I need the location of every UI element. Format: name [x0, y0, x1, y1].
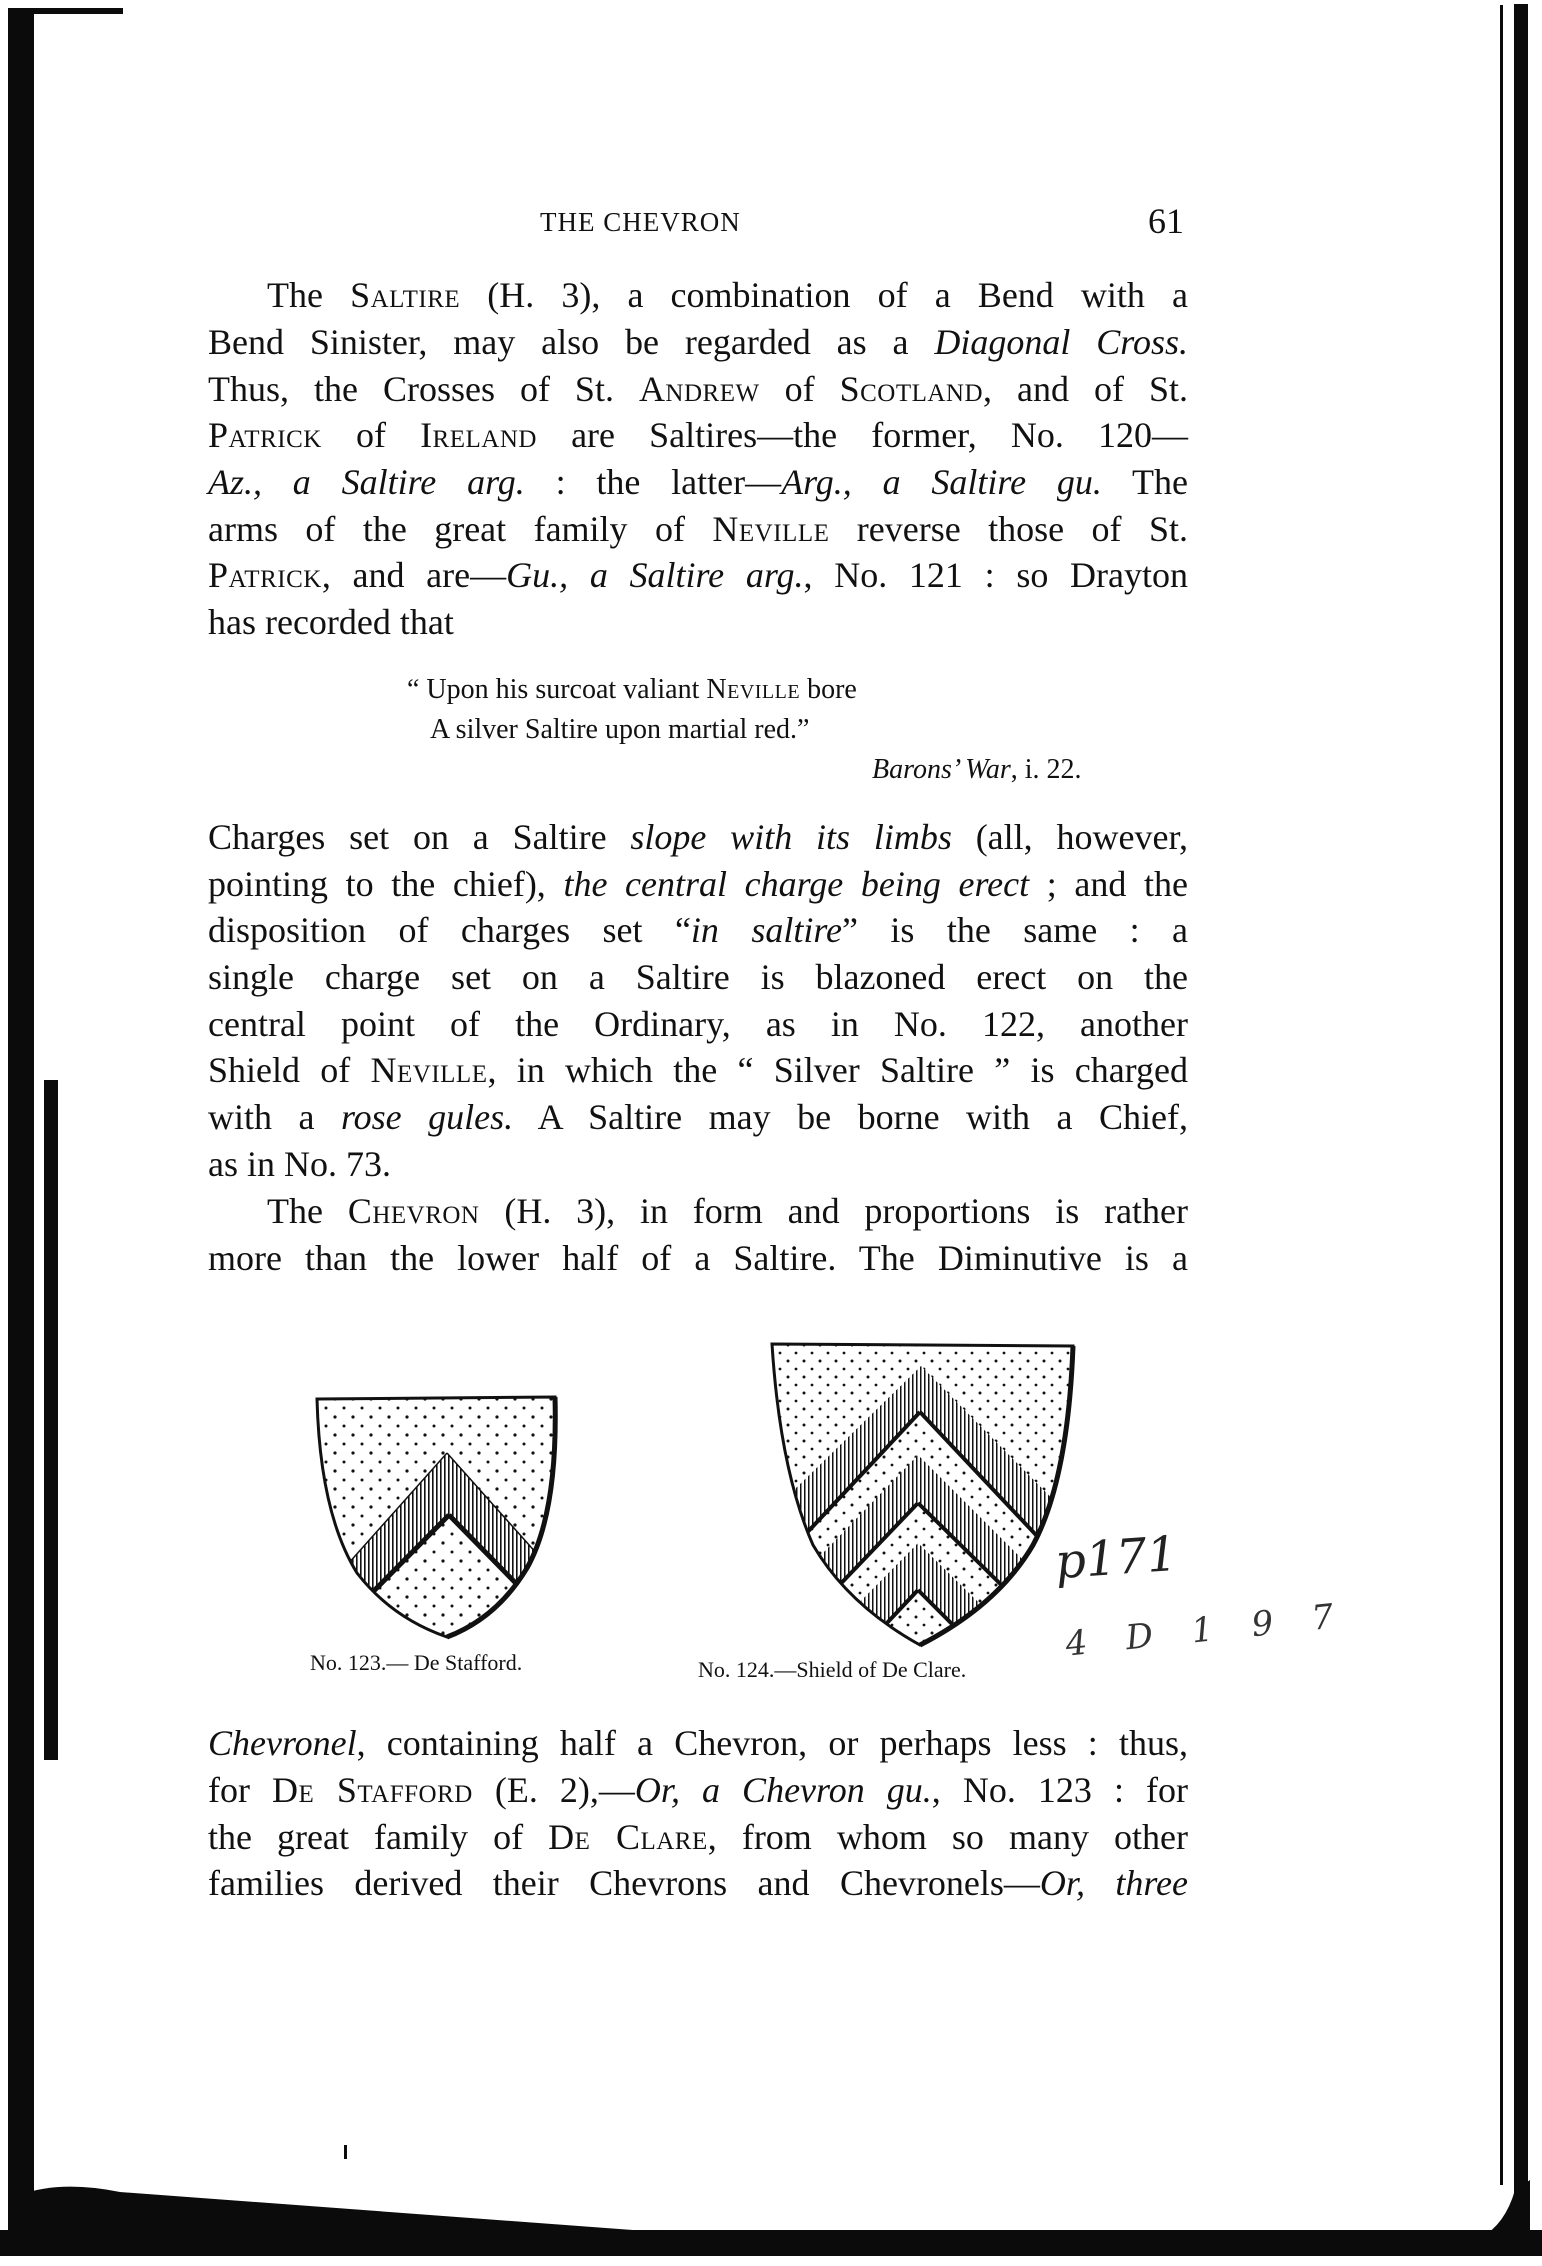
italic-text: Gu., a Saltire arg. [506, 555, 803, 595]
text-line: for De Stafford (E. 2),—Or, a Chevron gu… [208, 1767, 1188, 1813]
text: more than the lower half of a Saltire. T… [208, 1238, 1188, 1278]
text: “ Upon his surcoat valiant [407, 674, 706, 705]
text-line: The Saltire (H. 3), a combination of a B… [267, 272, 1188, 318]
text-line: has recorded that [208, 599, 1188, 645]
small-caps-text: Patrick [208, 555, 322, 595]
bottom-left-curl [0, 2180, 1542, 2240]
text-line: Charges set on a Saltire slope with its … [208, 814, 1188, 860]
running-title: THE CHEVRON [540, 207, 741, 238]
text-line: with a rose gules. A Saltire may be born… [208, 1094, 1188, 1140]
small-caps-text: Patrick [208, 415, 322, 455]
text: disposition of charges set “ [208, 910, 691, 950]
small-caps-text: Saltire [350, 275, 460, 315]
left-binding-edge-inner [44, 1080, 58, 1760]
text: The [267, 1191, 348, 1231]
italic-text: Chevronel [208, 1723, 357, 1763]
text: pointing to the chief), [208, 864, 563, 904]
text: are Saltires—the former, No. 120— [537, 415, 1188, 455]
text: , and of St. [983, 369, 1188, 409]
text-line: Chevronel, containing half a Chevron, or… [208, 1720, 1188, 1766]
text: , containing half a Chevron, or perhaps … [357, 1723, 1188, 1763]
quote-attribution: Barons’ War, i. 22. [872, 750, 1082, 790]
text-line: as in No. 73. [208, 1141, 1188, 1187]
text: (H. 3), a combination of a Bend with a [460, 275, 1188, 315]
text: bore [800, 674, 857, 705]
italic-text: Or, three [1040, 1863, 1188, 1903]
text: The [267, 275, 350, 315]
text-line: single charge set on a Saltire is blazon… [208, 954, 1188, 1000]
italic-text: the central charge being erect [563, 864, 1029, 904]
handwritten-annotation: 4 D 1 9 7 [1064, 1595, 1350, 1664]
small-caps-text: Neville [706, 674, 800, 705]
text: Shield of [208, 1050, 371, 1090]
small-caps-text: De Stafford [272, 1770, 473, 1810]
shield-de-clare-illustration [768, 1340, 1078, 1650]
small-caps-text: Neville [712, 509, 829, 549]
page-number: 61 [1148, 200, 1184, 242]
italic-text: Barons’ War [872, 754, 1011, 785]
small-caps-text: De Clare [548, 1817, 708, 1857]
small-caps-text: Andrew [639, 369, 760, 409]
text: ” is the same : a [842, 910, 1188, 950]
figure-caption: No. 123.— De Stafford. [310, 1650, 522, 1676]
text: Thus, the Crosses of St. [208, 369, 639, 409]
text-line: Patrick, and are—Gu., a Saltire arg., No… [208, 552, 1188, 598]
text: for [208, 1770, 272, 1810]
text: , No. 121 : so Drayton [804, 555, 1188, 595]
text: (all, however, [952, 817, 1188, 857]
figure-caption: No. 124.—Shield of De Clare. [698, 1657, 966, 1683]
italic-text: slope with its limbs [630, 817, 952, 857]
right-page-edge-thick [1514, 4, 1528, 2254]
text: of [760, 369, 840, 409]
shield-de-stafford-illustration [312, 1393, 567, 1643]
small-caps-text: Scotland [840, 369, 983, 409]
quote-line: A silver Saltire upon martial red.” [430, 710, 809, 750]
text-line: more than the lower half of a Saltire. T… [208, 1235, 1188, 1281]
text-line: Thus, the Crosses of St. Andrew of Scotl… [208, 366, 1188, 412]
text-line: the great family of De Clare, from whom … [208, 1814, 1188, 1860]
italic-text: Diagonal Cross. [934, 322, 1188, 362]
text: , and are— [322, 555, 506, 595]
text-line: disposition of charges set “in saltire” … [208, 907, 1188, 953]
text: arms of the great family of [208, 509, 712, 549]
left-binding-edge [8, 10, 34, 2240]
italic-text: Or, a Chevron gu. [635, 1770, 932, 1810]
text: , i. 22. [1011, 754, 1082, 785]
small-caps-text: Ireland [420, 415, 537, 455]
text: ; and the [1029, 864, 1188, 904]
text: Bend Sinister, may also be regarded as a [208, 322, 934, 362]
text: A silver Saltire upon martial red.” [430, 714, 809, 745]
text-line: Bend Sinister, may also be regarded as a… [208, 319, 1188, 365]
text: (E. 2),— [473, 1770, 635, 1810]
text: , No. 123 : for [932, 1770, 1188, 1810]
small-caps-text: Chevron [348, 1191, 480, 1231]
text-line: central point of the Ordinary, as in No.… [208, 1001, 1188, 1047]
text-line: The Chevron (H. 3), in form and proporti… [267, 1188, 1188, 1234]
text: single charge set on a Saltire is blazon… [208, 957, 1188, 997]
text-line: Patrick of Ireland are Saltires—the form… [208, 412, 1188, 458]
text-line: arms of the great family of Neville reve… [208, 506, 1188, 552]
text-line: Az., a Saltire arg. : the latter—Arg., a… [208, 459, 1188, 505]
text: with a [208, 1097, 341, 1137]
text: has recorded that [208, 602, 454, 642]
italic-text: Az., a Saltire arg. [208, 462, 525, 502]
text: : the latter— [525, 462, 781, 502]
text: Charges set on a Saltire [208, 817, 630, 857]
text: (H. 3), in form and proportions is rathe… [480, 1191, 1189, 1231]
text: reverse those of St. [829, 509, 1188, 549]
text: families derived their Chevrons and Chev… [208, 1863, 1040, 1903]
text: central point of the Ordinary, as in No.… [208, 1004, 1188, 1044]
text: of [322, 415, 420, 455]
small-caps-text: Neville [371, 1050, 488, 1090]
quote-line: “ Upon his surcoat valiant Neville bore [407, 670, 857, 710]
right-page-edge-thin [1500, 5, 1503, 2185]
text-line: families derived their Chevrons and Chev… [208, 1860, 1188, 1906]
italic-text: rose gules. [341, 1097, 513, 1137]
text: as in No. 73. [208, 1144, 391, 1184]
text: The [1102, 462, 1188, 502]
stray-mark [344, 2145, 347, 2159]
italic-text: Arg., a Saltire gu. [781, 462, 1102, 502]
text: A Saltire may be borne with a Chief, [513, 1097, 1188, 1137]
text: , from whom so many other [708, 1817, 1188, 1857]
book-page: THE CHEVRON 61 The Saltire (H. 3), a com… [0, 0, 1542, 2266]
text-line: Shield of Neville, in which the “ Silver… [208, 1047, 1188, 1093]
text: the great family of [208, 1817, 548, 1857]
text-line: pointing to the chief), the central char… [208, 861, 1188, 907]
italic-text: in saltire [691, 910, 842, 950]
handwritten-annotation: p171 [1053, 1526, 1179, 1590]
text: , in which the “ Silver Saltire ” is cha… [487, 1050, 1188, 1090]
top-left-corner-edge [8, 8, 123, 14]
